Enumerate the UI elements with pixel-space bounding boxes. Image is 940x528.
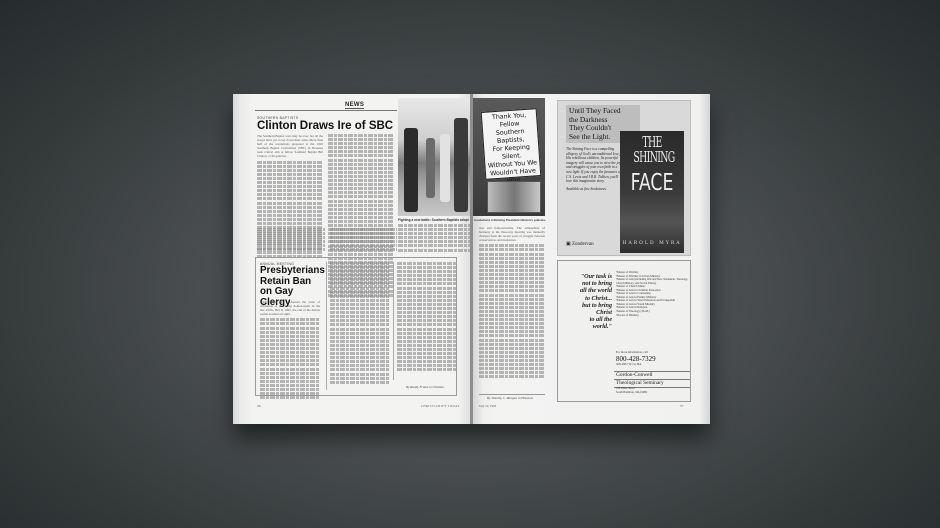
photo-caption-left: Fighting a new battle: Southern Baptists…	[398, 218, 469, 222]
sign-inset-photo	[487, 181, 541, 213]
section-label: NEWS	[345, 102, 364, 109]
book-author: HAROLD MYRA	[620, 241, 684, 246]
right-story-byline: By Timothy C. Morgan in Houston.	[487, 396, 533, 400]
photo-caption-right: resolutions criticizing President Clinto…	[474, 218, 546, 222]
seminary-quote: "Our task is not to bring all the world …	[562, 273, 612, 331]
protest-sign: Thank You, Fellow Southern Baptists, For…	[481, 108, 542, 180]
story2-column-2	[326, 262, 390, 390]
story2-lead: Presbyterians first addressed the issue …	[260, 300, 320, 316]
book-title-line1: THE SHINING	[633, 135, 670, 165]
right-story-body: tion and homosexuality. The atmosphere o…	[479, 226, 545, 242]
page-number-right: 57	[680, 404, 684, 408]
book-title-line2: FACE	[628, 171, 676, 195]
seminary-advertisement: "Our task is not to bring all the world …	[557, 260, 691, 402]
contact-info: For more information, call 800-428-7329 …	[616, 351, 656, 366]
right-page: Thank You, Fellow Southern Baptists, For…	[473, 94, 710, 424]
seminary-address: 130 Essex Street South Hamilton, MA 0198…	[616, 387, 647, 394]
story1-headline: Clinton Draws Ire of SBC	[257, 120, 397, 133]
story1-column-3	[398, 224, 470, 253]
story2-column-1: Presbyterians first addressed the issue …	[260, 300, 320, 400]
protest-photo-left	[398, 98, 470, 216]
story2-column-3	[393, 262, 457, 380]
seminary-name: Gordon-Conwell Theological Seminary	[614, 371, 690, 388]
book-advertisement: Until They Faced the Darkness They Could…	[557, 100, 691, 256]
story2-byline: By Randy Frame in Orlando.	[406, 385, 445, 389]
ad-blurb: The Shining Face is a compelling allegor…	[566, 147, 624, 191]
divider	[479, 394, 545, 395]
divider	[255, 110, 397, 111]
left-page: NEWS SOUTHERN BAPTISTS Clinton Draws Ire…	[233, 94, 471, 424]
right-story-column: tion and homosexuality. The atmosphere o…	[479, 226, 545, 379]
book-cover: THE SHINING FACE HAROLD MYRA	[620, 131, 684, 253]
publisher-logo-icon: ▣	[566, 242, 571, 247]
page-number-left: 56	[257, 404, 261, 408]
story1-header: SOUTHERN BAPTISTS Clinton Draws Ire of S…	[257, 116, 397, 133]
story2-headline-line1: Presbyterians	[260, 266, 320, 277]
issue-date: July 19, 1993	[479, 404, 496, 408]
magazine-title: CHRISTIANITY TODAY	[421, 404, 460, 408]
protest-sign-photo: Thank You, Fellow Southern Baptists, For…	[473, 98, 545, 216]
story1-lead: The Southern Baptist wars may be over, b…	[257, 134, 323, 159]
story2-box: ANNUAL MEETING Presbyterians Retain Ban …	[255, 257, 457, 396]
story1-column-bottom	[257, 228, 397, 253]
publisher: ▣ Zondervan	[566, 241, 594, 247]
magazine-spread: NEWS SOUTHERN BAPTISTS Clinton Draws Ire…	[233, 94, 710, 424]
degree-item: •Doctor of Ministry	[616, 314, 688, 318]
phone-number-ma: 508-468-7111 in MA	[616, 363, 656, 367]
degree-list: •Master of Divinity •Master of Divinity …	[616, 271, 688, 317]
